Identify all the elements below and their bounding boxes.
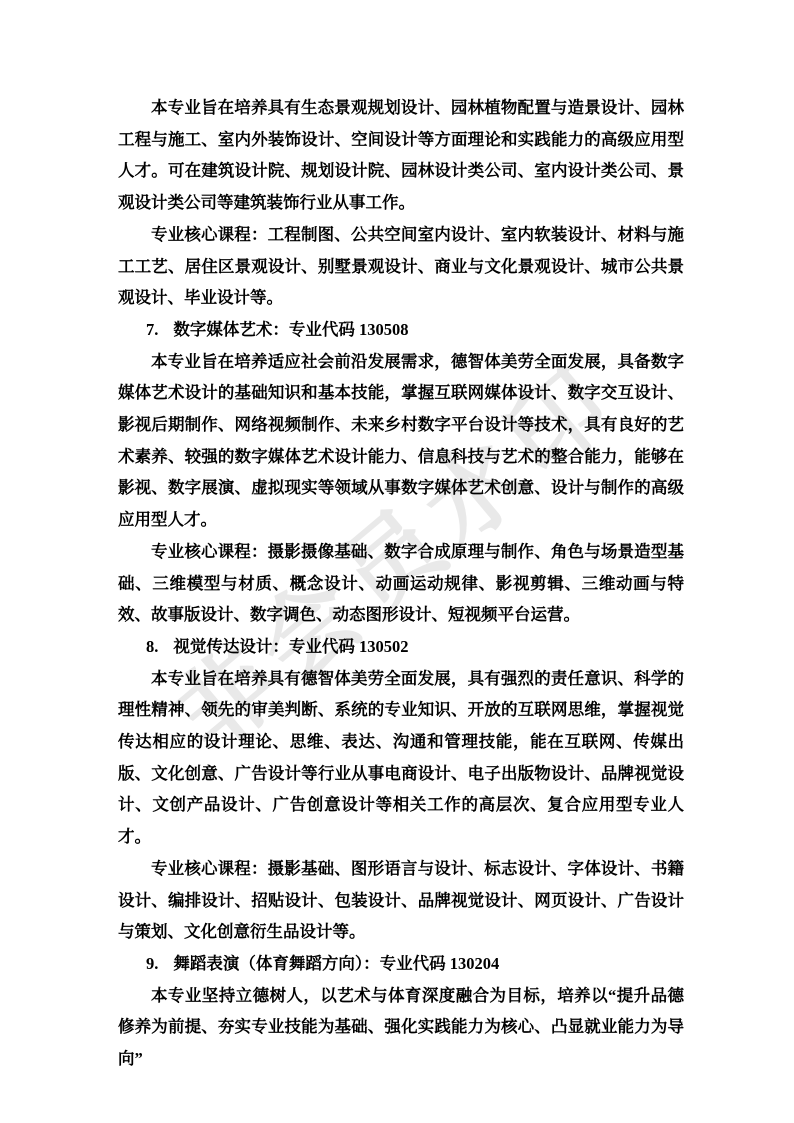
heading-text: 舞蹈表演（体育舞蹈方向）：专业代码 130204 bbox=[173, 954, 499, 973]
page-content: 本专业旨在培养具有生态景观规划设计、园林植物配置与造景设计、园林工程与施工、室内… bbox=[118, 92, 684, 1075]
paragraph-visual-communication-core-courses: 专业核心课程：摄影基础、图形语言与设计、标志设计、字体设计、书籍设计、编排设计、… bbox=[118, 853, 684, 948]
paragraph-visual-communication-intro: 本专业旨在培养具有德智体美劳全面发展，具有强烈的责任意识、科学的理性精神、领先的… bbox=[118, 663, 684, 853]
heading-number: 7. bbox=[146, 320, 158, 339]
section-heading-visual-communication: 8.视觉传达设计：专业代码 130502 bbox=[118, 631, 684, 663]
heading-text: 视觉传达设计：专业代码 130502 bbox=[173, 637, 408, 656]
paragraph-landscape-core-courses: 专业核心课程：工程制图、公共空间室内设计、室内软装设计、材料与施工工艺、居住区景… bbox=[118, 219, 684, 314]
heading-number: 8. bbox=[146, 637, 158, 656]
paragraph-digital-media-core-courses: 专业核心课程：摄影摄像基础、数字合成原理与制作、角色与场景造型基础、三维模型与材… bbox=[118, 536, 684, 631]
paragraph-dance-performance-intro: 本专业坚持立德树人，以艺术与体育深度融合为目标，培养以“提升品德修养为前提、夯实… bbox=[118, 980, 684, 1075]
section-heading-digital-media-art: 7.数字媒体艺术：专业代码 130508 bbox=[118, 314, 684, 346]
document-page: 非会员水印 本专业旨在培养具有生态景观规划设计、园林植物配置与造景设计、园林工程… bbox=[0, 0, 794, 1123]
heading-text: 数字媒体艺术：专业代码 130508 bbox=[173, 320, 408, 339]
paragraph-landscape-major-intro: 本专业旨在培养具有生态景观规划设计、园林植物配置与造景设计、园林工程与施工、室内… bbox=[118, 92, 684, 219]
paragraph-digital-media-intro: 本专业旨在培养适应社会前沿发展需求，德智体美劳全面发展，具备数字媒体艺术设计的基… bbox=[118, 346, 684, 536]
heading-number: 9. bbox=[146, 954, 158, 973]
section-heading-dance-performance: 9.舞蹈表演（体育舞蹈方向）：专业代码 130204 bbox=[118, 948, 684, 980]
